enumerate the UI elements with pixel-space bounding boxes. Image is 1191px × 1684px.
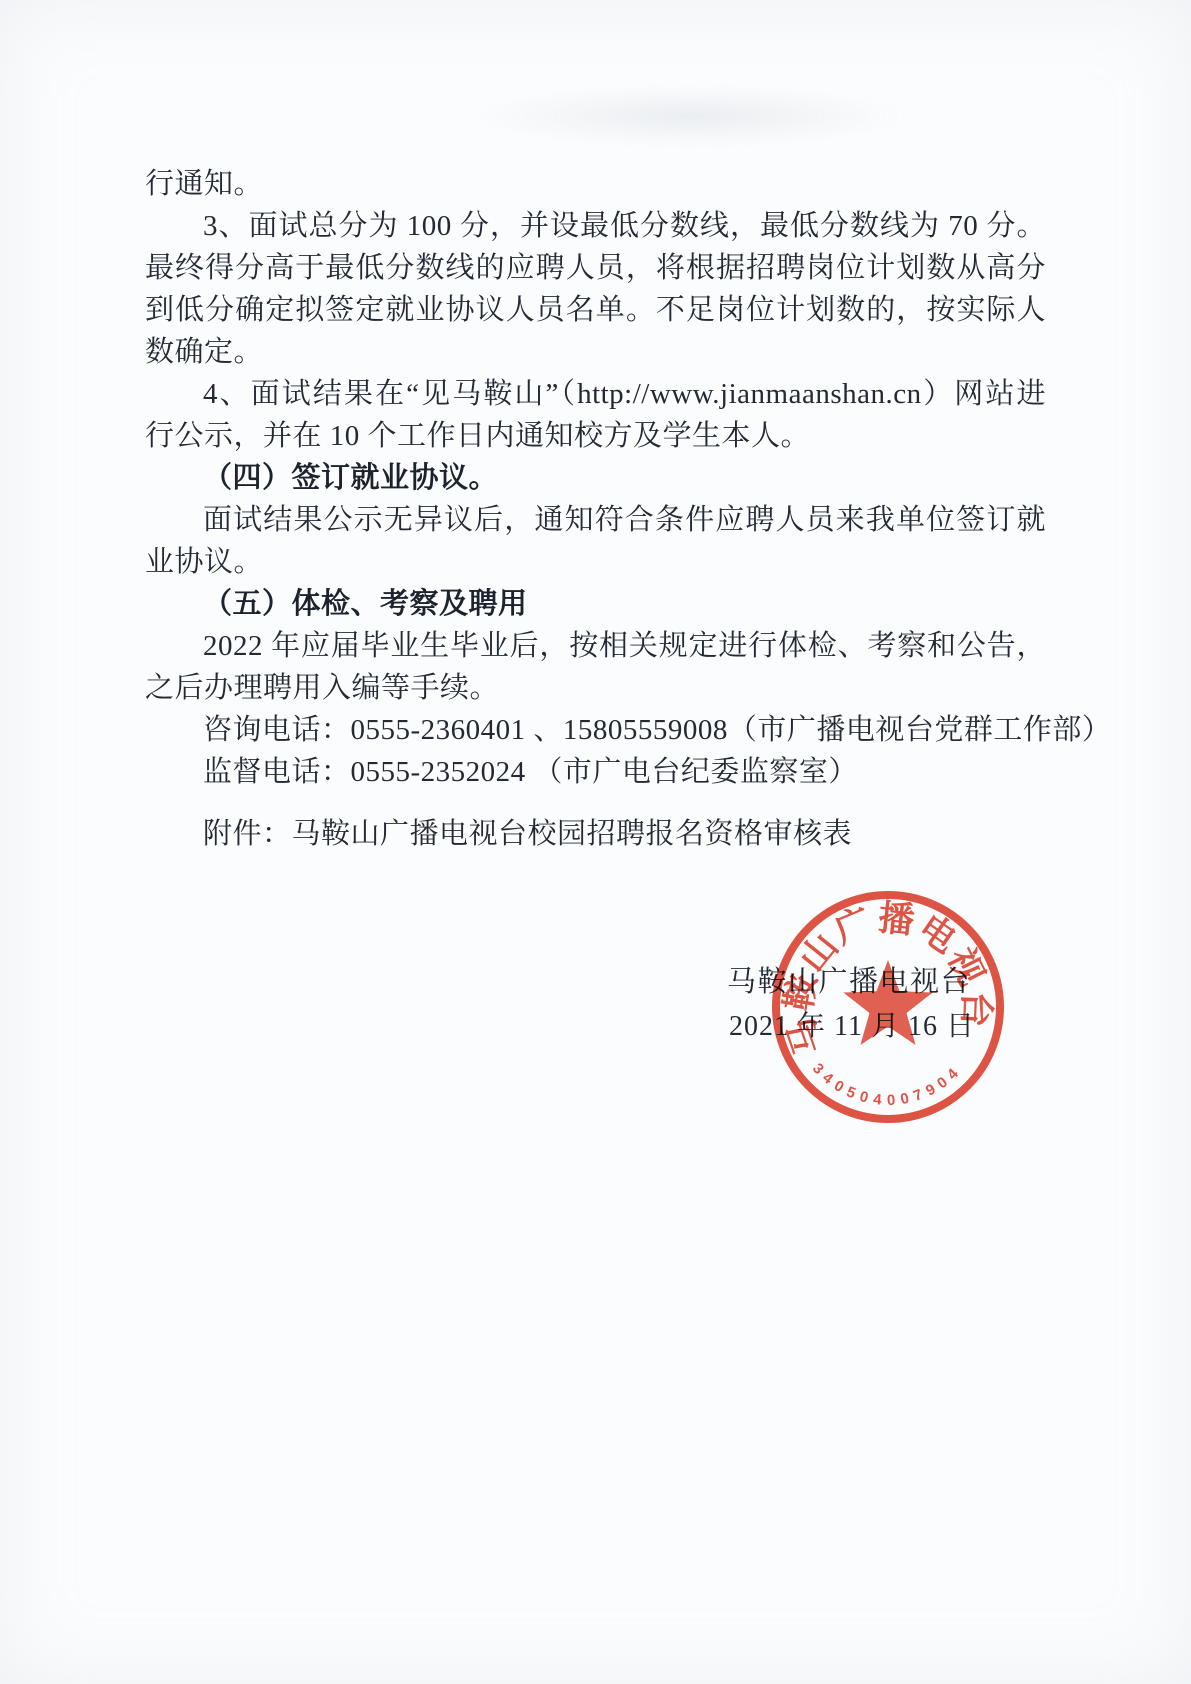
paragraph-interview-result: 4、面试结果在“见马鞍山”（http://www.jianmaanshan.cn… xyxy=(145,373,1046,457)
paragraph-continuation: 行通知。 xyxy=(145,163,1046,205)
heading-section-4: （四）签订就业协议。 xyxy=(145,457,1046,499)
official-seal: 马鞍山广播电视台 3405040079041 xyxy=(763,882,1013,1132)
paragraph-supervise-phone: 监督电话：0555-2352024 （市广电台纪委监察室） xyxy=(145,751,1046,793)
document-body: 行通知。 3、面试总分为 100 分，并设最低分数线，最低分数线为 70 分。最… xyxy=(145,163,1046,855)
paragraph-agreement: 面试结果公示无异议后，通知符合条件应聘人员来我单位签订就业协议。 xyxy=(145,499,1046,583)
paragraph-consult-phone: 咨询电话：0555-2360401 、15805559008（市广播电视台党群工… xyxy=(145,709,1046,751)
paragraph-attachment: 附件：马鞍山广播电视台校园招聘报名资格审核表 xyxy=(145,813,1046,855)
document-page: 行通知。 3、面试总分为 100 分，并设最低分数线，最低分数线为 70 分。最… xyxy=(0,0,1191,1684)
paragraph-interview-score: 3、面试总分为 100 分，并设最低分数线，最低分数线为 70 分。最终得分高于… xyxy=(145,205,1046,373)
heading-section-5: （五）体检、考察及聘用 xyxy=(145,583,1046,625)
scan-bleedthrough-smudge xyxy=(470,85,910,147)
seal-star xyxy=(843,960,932,1045)
paragraph-physical-exam: 2022 年应届毕业生毕业后，按相关规定进行体检、考察和公告，之后办理聘用入编等… xyxy=(145,625,1046,709)
